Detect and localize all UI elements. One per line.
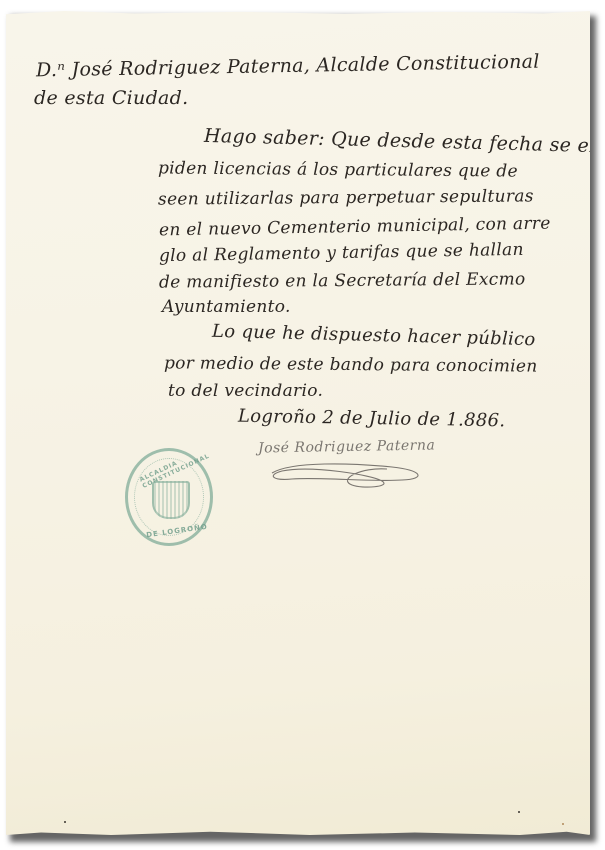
document-page: D.ⁿ José Rodriguez Paterna, Alcalde Cons…: [6, 11, 590, 835]
body-line: por medio de este bando para conocimien: [164, 353, 538, 376]
body-line: en el nuevo Cementerio municipal, con ar…: [159, 214, 551, 241]
heading-line-2: de esta Ciudad.: [34, 87, 189, 109]
paper-speck: [518, 811, 520, 813]
body-line: seen utilizarlas para perpetuar sepultur…: [158, 186, 534, 209]
body-line: de manifiesto en la Secretaría del Excmo: [159, 269, 526, 292]
body-line: glo al Reglamento y tarifas que se halla…: [159, 240, 524, 266]
paper-speck: [64, 821, 66, 823]
paper-speck: [562, 823, 564, 825]
heading-line-1: D.ⁿ José Rodriguez Paterna, Alcalde Cons…: [36, 51, 540, 82]
date-line: Logroño 2 de Julio de 1.886.: [238, 406, 506, 432]
body-line: Lo que he dispuesto hacer público: [212, 321, 536, 350]
body-line: Ayuntamiento.: [162, 297, 291, 317]
body-line: Hago saber: Que desde esta fecha se ex: [204, 125, 601, 157]
coat-of-arms-icon: [152, 481, 190, 519]
body-line: piden licencias á los particulares que d…: [158, 158, 518, 181]
official-stamp: ALCALDIA CONSTITUCIONAL DE LOGROÑO: [125, 448, 213, 546]
body-line: to del vecindario.: [168, 381, 323, 401]
signature-flourish-icon: [262, 451, 432, 491]
